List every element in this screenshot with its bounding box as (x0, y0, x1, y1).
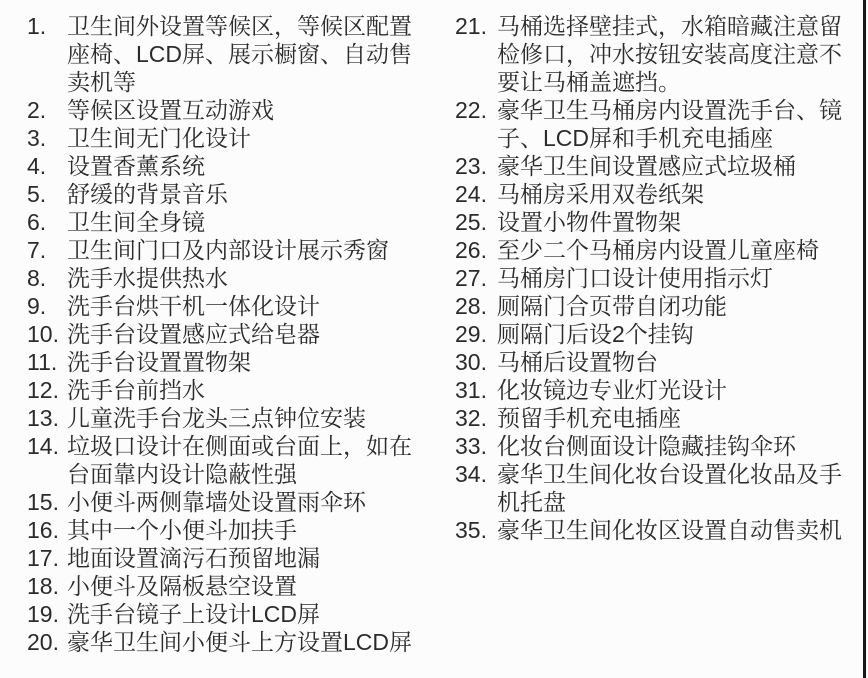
item-text: 至少二个马桶房内设置儿童座椅 (497, 236, 857, 264)
list-item: 25.设置小物件置物架 (455, 208, 859, 236)
item-text: 卫生间全身镜 (67, 208, 427, 236)
item-text: 洗手台烘干机一体化设计 (67, 292, 427, 320)
item-number: 25. (455, 208, 497, 236)
item-number: 3. (27, 124, 67, 152)
item-number: 13. (27, 404, 67, 432)
item-text: 舒缓的背景音乐 (67, 180, 427, 208)
item-number: 15. (27, 488, 67, 516)
item-number: 17. (27, 544, 67, 572)
item-text: 洗手台镜子上设计LCD屏 (67, 600, 427, 628)
list-item: 27.马桶房门口设计使用指示灯 (455, 264, 859, 292)
item-number: 20. (27, 628, 67, 656)
item-number: 30. (455, 348, 497, 376)
item-number: 35. (455, 516, 497, 544)
item-number: 12. (27, 376, 67, 404)
item-number: 16. (27, 516, 67, 544)
item-number: 22. (455, 96, 497, 124)
list-item: 9.洗手台烘干机一体化设计 (27, 292, 429, 320)
item-text: 其中一个小便斗加扶手 (67, 516, 427, 544)
item-text: 洗手台设置置物架 (67, 348, 427, 376)
list-item: 23.豪华卫生间设置感应式垃圾桶 (455, 152, 859, 180)
item-text: 儿童洗手台龙头三点钟位安装 (67, 404, 427, 432)
item-text: 洗手台前挡水 (67, 376, 427, 404)
list-item: 26.至少二个马桶房内设置儿童座椅 (455, 236, 859, 264)
list-item: 34.豪华卫生间化妆台设置化妆品及手机托盘 (455, 460, 859, 516)
item-number: 10. (27, 320, 67, 348)
list-column-left: 1.卫生间外设置等候区，等候区配置座椅、LCD屏、展示橱窗、自动售卖机等2.等候… (27, 0, 429, 656)
item-number: 4. (27, 152, 67, 180)
item-text: 卫生间无门化设计 (67, 124, 427, 152)
item-text: 卫生间外设置等候区，等候区配置座椅、LCD屏、展示橱窗、自动售卖机等 (67, 12, 427, 96)
list-item: 14.垃圾口设计在侧面或台面上，如在台面靠内设计隐蔽性强 (27, 432, 429, 488)
list-item: 28.厕隔门合页带自闭功能 (455, 292, 859, 320)
item-text: 化妆台侧面设计隐藏挂钩伞环 (497, 432, 857, 460)
list-item: 20.豪华卫生间小便斗上方设置LCD屏 (27, 628, 429, 656)
item-text: 马桶选择壁挂式，水箱暗藏注意留检修口，冲水按钮安装高度注意不要让马桶盖遮挡。 (497, 12, 857, 96)
item-number: 18. (27, 572, 67, 600)
list-item: 31.化妆镜边专业灯光设计 (455, 376, 859, 404)
item-number: 34. (455, 460, 497, 488)
list-item: 22.豪华卫生马桶房内设置洗手台、镜子、LCD屏和手机充电插座 (455, 96, 859, 152)
list-item: 1.卫生间外设置等候区，等候区配置座椅、LCD屏、展示橱窗、自动售卖机等 (27, 12, 429, 96)
list-item: 15.小便斗两侧靠墙处设置雨伞环 (27, 488, 429, 516)
list-item: 18.小便斗及隔板悬空设置 (27, 572, 429, 600)
item-number: 19. (27, 600, 67, 628)
list-item: 11.洗手台设置置物架 (27, 348, 429, 376)
item-text: 豪华卫生马桶房内设置洗手台、镜子、LCD屏和手机充电插座 (497, 96, 857, 152)
item-number: 29. (455, 320, 497, 348)
list-item: 24.马桶房采用双卷纸架 (455, 180, 859, 208)
item-text: 马桶房采用双卷纸架 (497, 180, 857, 208)
item-number: 5. (27, 180, 67, 208)
item-text: 小便斗及隔板悬空设置 (67, 572, 427, 600)
list-item: 33.化妆台侧面设计隐藏挂钩伞环 (455, 432, 859, 460)
item-text: 设置小物件置物架 (497, 208, 857, 236)
item-text: 等候区设置互动游戏 (67, 96, 427, 124)
list-item: 5.舒缓的背景音乐 (27, 180, 429, 208)
item-text: 豪华卫生间小便斗上方设置LCD屏 (67, 628, 427, 656)
list-item: 21.马桶选择壁挂式，水箱暗藏注意留检修口，冲水按钮安装高度注意不要让马桶盖遮挡… (455, 12, 859, 96)
item-text: 化妆镜边专业灯光设计 (497, 376, 857, 404)
list-item: 29.厕隔门后设2个挂钩 (455, 320, 859, 348)
list-item: 35.豪华卫生间化妆区设置自动售卖机 (455, 516, 859, 544)
item-text: 预留手机充电插座 (497, 404, 857, 432)
list-column-right: 21.马桶选择壁挂式，水箱暗藏注意留检修口，冲水按钮安装高度注意不要让马桶盖遮挡… (455, 0, 859, 544)
list-item: 19.洗手台镜子上设计LCD屏 (27, 600, 429, 628)
item-number: 21. (455, 12, 497, 40)
item-text: 豪华卫生间设置感应式垃圾桶 (497, 152, 857, 180)
list-item: 7.卫生间门口及内部设计展示秀窗 (27, 236, 429, 264)
item-text: 小便斗两侧靠墙处设置雨伞环 (67, 488, 427, 516)
item-number: 14. (27, 432, 67, 460)
item-number: 1. (27, 12, 67, 40)
item-text: 地面设置滴污石预留地漏 (67, 544, 427, 572)
item-number: 28. (455, 292, 497, 320)
item-number: 2. (27, 96, 67, 124)
list-item: 3.卫生间无门化设计 (27, 124, 429, 152)
item-text: 豪华卫生间化妆台设置化妆品及手机托盘 (497, 460, 857, 516)
item-number: 23. (455, 152, 497, 180)
list-columns: 1.卫生间外设置等候区，等候区配置座椅、LCD屏、展示橱窗、自动售卖机等2.等候… (0, 0, 868, 656)
list-item: 17.地面设置滴污石预留地漏 (27, 544, 429, 572)
item-text: 马桶房门口设计使用指示灯 (497, 264, 857, 292)
item-text: 马桶后设置物台 (497, 348, 857, 376)
item-number: 32. (455, 404, 497, 432)
list-item: 13.儿童洗手台龙头三点钟位安装 (27, 404, 429, 432)
item-text: 卫生间门口及内部设计展示秀窗 (67, 236, 427, 264)
item-text: 厕隔门合页带自闭功能 (497, 292, 857, 320)
item-text: 洗手水提供热水 (67, 264, 427, 292)
page-right-border (863, 0, 866, 678)
item-number: 6. (27, 208, 67, 236)
list-item: 16.其中一个小便斗加扶手 (27, 516, 429, 544)
item-text: 厕隔门后设2个挂钩 (497, 320, 857, 348)
item-number: 8. (27, 264, 67, 292)
list-item: 30.马桶后设置物台 (455, 348, 859, 376)
item-number: 27. (455, 264, 497, 292)
item-number: 31. (455, 376, 497, 404)
item-text: 设置香薰系统 (67, 152, 427, 180)
list-item: 4.设置香薰系统 (27, 152, 429, 180)
item-number: 26. (455, 236, 497, 264)
item-text: 洗手台设置感应式给皂器 (67, 320, 427, 348)
list-item: 12.洗手台前挡水 (27, 376, 429, 404)
item-number: 33. (455, 432, 497, 460)
list-item: 6.卫生间全身镜 (27, 208, 429, 236)
list-item: 32.预留手机充电插座 (455, 404, 859, 432)
item-text: 豪华卫生间化妆区设置自动售卖机 (497, 516, 857, 544)
item-text: 垃圾口设计在侧面或台面上，如在台面靠内设计隐蔽性强 (67, 432, 427, 488)
item-number: 9. (27, 292, 67, 320)
item-number: 24. (455, 180, 497, 208)
list-item: 2.等候区设置互动游戏 (27, 96, 429, 124)
list-item: 10.洗手台设置感应式给皂器 (27, 320, 429, 348)
item-number: 7. (27, 236, 67, 264)
item-number: 11. (27, 348, 67, 376)
document-page: 1.卫生间外设置等候区，等候区配置座椅、LCD屏、展示橱窗、自动售卖机等2.等候… (0, 0, 868, 678)
list-item: 8.洗手水提供热水 (27, 264, 429, 292)
